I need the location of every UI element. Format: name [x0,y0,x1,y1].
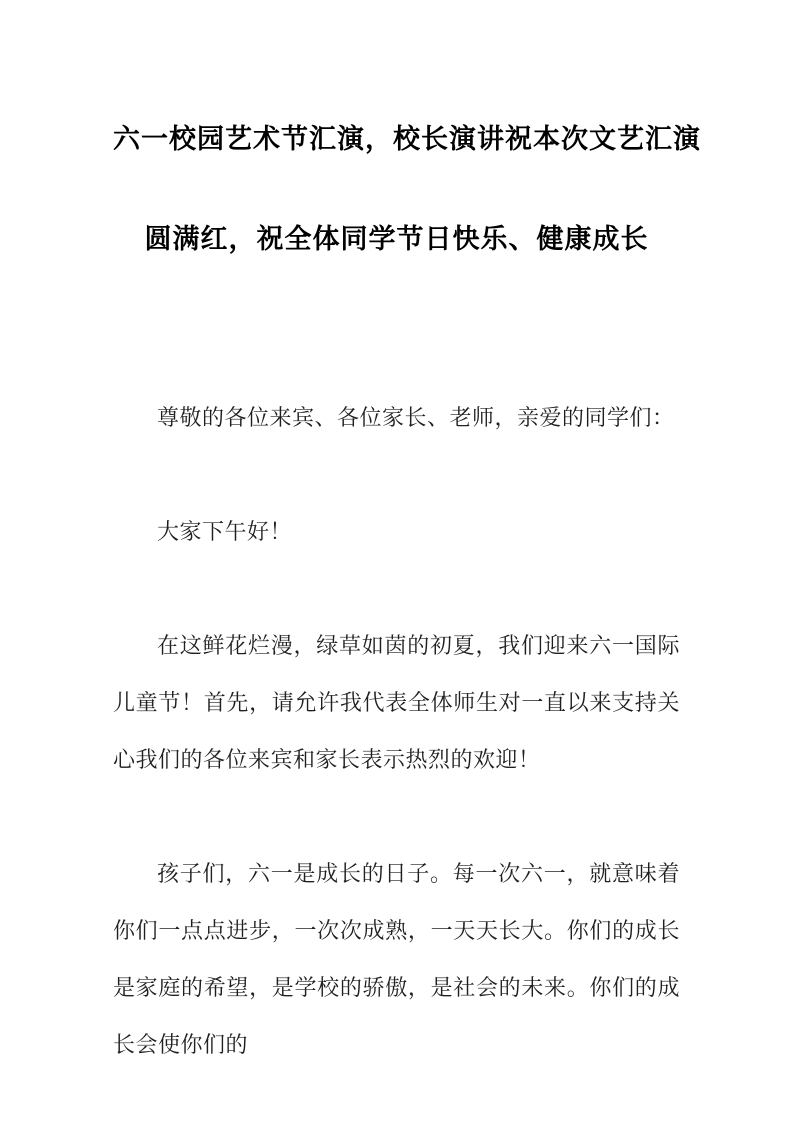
paragraph-welcome: 在这鲜花烂漫，绿草如茵的初夏，我们迎来六一国际儿童节！首先，请允许我代表全体师生… [113,617,680,788]
paragraph-children-growth: 孩子们，六一是成长的日子。每一次六一，就意味着你们一点点进步，一次次成熟，一天天… [113,845,680,1073]
title-line-2: 圆满红，祝全体同学节日快乐、健康成长 [113,189,680,289]
paragraph-greeting: 大家下午好！ [113,503,680,560]
paragraph-salutation: 尊敬的各位来宾、各位家长、老师，亲爱的同学们： [113,389,680,446]
title-line-1: 六一校园艺术节汇演，校长演讲祝本次文艺汇演 [113,89,680,189]
document-title: 六一校园艺术节汇演，校长演讲祝本次文艺汇演 圆满红，祝全体同学节日快乐、健康成长 [113,89,680,289]
document-page: 六一校园艺术节汇演，校长演讲祝本次文艺汇演 圆满红，祝全体同学节日快乐、健康成长… [0,0,793,1122]
